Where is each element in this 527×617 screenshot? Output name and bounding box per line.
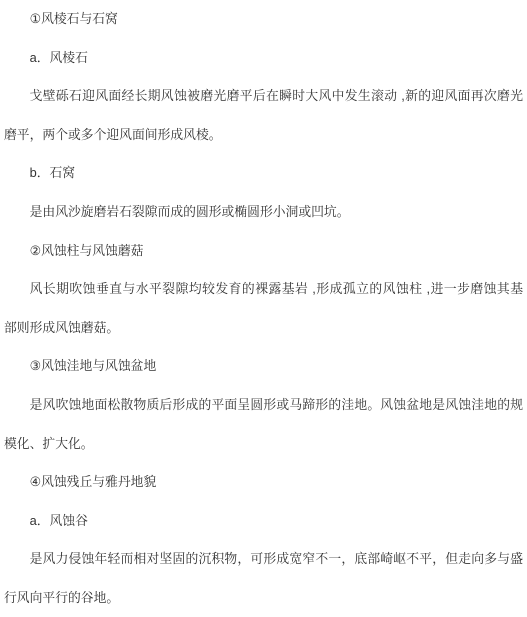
para-4a-line-1: 是风力侵蚀年轻而相对坚固的沉积物，可形成宽窄不一，底部崎岖不平，但走向多与盛 <box>4 540 523 579</box>
para-1a-line-1: 戈壁砾石迎风面经长期风蚀被磨光磨平后在瞬时大风中发生滚动 ,新的迎风面再次磨光 <box>4 77 523 116</box>
para-4a-line-2: 行风向平行的谷地。 <box>4 579 523 617</box>
section-heading-2: ②风蚀柱与风蚀蘑菇 <box>4 232 523 271</box>
para-3-line-1: 是风吹蚀地面松散物质后形成的平面呈圆形或马蹄形的洼地。风蚀盆地是风蚀洼地的规 <box>4 386 523 425</box>
subheading-4a: a．风蚀谷 <box>4 502 523 541</box>
para-1b-line-1: 是由风沙旋磨岩石裂隙而成的圆形或椭圆形小洞或凹坑。 <box>4 193 523 232</box>
subheading-1a: a．风棱石 <box>4 39 523 78</box>
section-heading-1: ①风棱石与石窝 <box>4 0 523 39</box>
para-1a-line-2: 磨平，两个或多个迎风面间形成风棱。 <box>4 116 523 155</box>
section-heading-3: ③风蚀洼地与风蚀盆地 <box>4 347 523 386</box>
document-body: ①风棱石与石窝 a．风棱石 戈壁砾石迎风面经长期风蚀被磨光磨平后在瞬时大风中发生… <box>0 0 527 617</box>
para-2-line-2: 部则形成风蚀蘑菇。 <box>4 309 523 348</box>
section-heading-4: ④风蚀残丘与雅丹地貌 <box>4 463 523 502</box>
subheading-1b: b．石窝 <box>4 154 523 193</box>
document-page: ①风棱石与石窝 a．风棱石 戈壁砾石迎风面经长期风蚀被磨光磨平后在瞬时大风中发生… <box>0 0 527 617</box>
para-2-line-1: 风长期吹蚀垂直与水平裂隙均较发育的裸露基岩 ,形成孤立的风蚀柱 ,进一步磨蚀其基 <box>4 270 523 309</box>
para-3-line-2: 模化、扩大化。 <box>4 425 523 464</box>
